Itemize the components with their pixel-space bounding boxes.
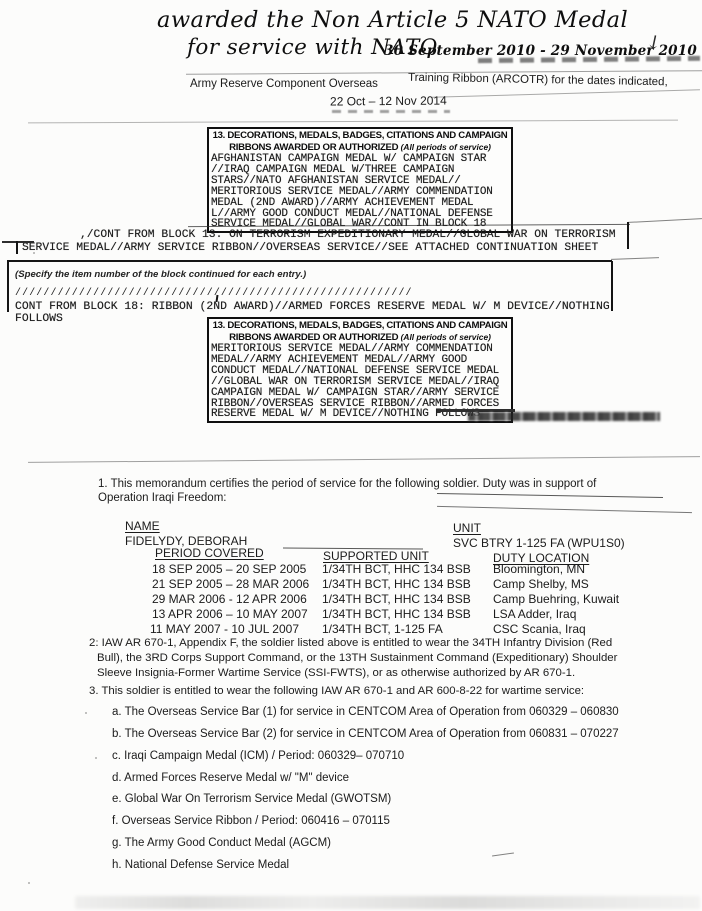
award-item-a: a. The Overseas Service Bar (1) for serv… [112, 706, 619, 718]
para2-line3: Sleeve Insignia-Former Wartime Service (… [97, 667, 575, 679]
table-row: 1/34TH BCT, 1-125 FA [322, 622, 443, 636]
table-row: 11 MAY 2007 - 10 JUL 2007 [150, 622, 299, 636]
scan-vertical-rule [611, 261, 613, 311]
award-item-b: b. The Overseas Service Bar (2) for serv… [112, 728, 619, 740]
award-item-g: g. The Army Good Conduct Medal (AGCM) [112, 837, 331, 849]
scan-speck [28, 882, 30, 884]
table-row: Bloomington, MN [493, 562, 585, 576]
block13-decorations-box-1: 13. DECORATIONS, MEDALS, BADGES, CITATIO… [207, 127, 513, 233]
scan-speck [33, 252, 35, 254]
arcotr-sentence-part2: Training Ribbon (ARCOTR) for the dates i… [408, 72, 668, 89]
table-header-period: PERIOD COVERED [155, 546, 264, 560]
scan-tick-mark [16, 241, 18, 254]
scan-smear-artifact [478, 56, 700, 63]
award-item-d: d. Armed Forces Reserve Medal w/ "M" dev… [112, 772, 349, 784]
scan-artifact-line [28, 120, 678, 124]
table-row: 1/34TH BCT, HHC 134 BSB [322, 577, 471, 591]
table-row: CSC Scania, Iraq [493, 622, 586, 636]
script-award-line: awarded the Non Article 5 NATO Medal [157, 7, 628, 33]
cont-block13-line1: ,/CONT FROM BLOCK 13: ON TERRORISM EXPED… [80, 229, 616, 241]
para1-line2: Operation Iraqi Freedom: [98, 492, 226, 504]
block13-title-note: (All periods of service) [401, 142, 491, 152]
award-item-f: f. Overseas Service Ribbon / Period: 060… [112, 815, 390, 827]
block13-title: 13. DECORATIONS, MEDALS, BADGES, CITATIO… [211, 321, 509, 343]
table-row: Camp Shelby, MS [493, 577, 589, 591]
block13-title: 13. DECORATIONS, MEDALS, BADGES, CITATIO… [211, 131, 509, 153]
para2-line2: Bull), the 3RD Corps Support Command, or… [97, 652, 617, 664]
para1-line1: 1. This memorandum certifies the period … [98, 478, 596, 490]
scan-artifact-line [28, 456, 700, 463]
table-row: 21 SEP 2005 – 28 MAR 2006 [152, 577, 309, 591]
arcotr-dates: 22 Oct – 12 Nov 2014 [330, 93, 447, 108]
arcotr-sentence-part1: Army Reserve Component Overseas [190, 78, 378, 90]
table-row: 1/34TH BCT, HHC 134 BSB [322, 562, 471, 576]
award-item-e: e. Global War On Terrorism Service Medal… [112, 793, 391, 805]
scan-speck [85, 712, 87, 714]
scan-artifact-line [611, 257, 659, 260]
cont-block13-line2: SERVICE MEDAL//ARMY SERVICE RIBBON//OVER… [22, 242, 598, 254]
cont-block18-line1: CONT FROM BLOCK 18: RIBBON (2ND AWARD)//… [15, 301, 612, 313]
scan-ghost-text [332, 110, 450, 113]
award-item-h: h. National Defense Service Medal [112, 859, 289, 871]
table-row: 1/34TH BCT, HHC 134 BSB [322, 592, 471, 606]
scan-artifact-line [437, 506, 692, 513]
block13-body-text: AFGHANISTAN CAMPAIGN MEDAL W/ CAMPAIGN S… [211, 154, 509, 230]
scan-tick-mark [2, 241, 34, 243]
specify-slashes: ////////////////////////////////////////… [15, 288, 413, 299]
scan-artifact-line [628, 218, 702, 223]
unit-label: UNIT [453, 521, 481, 535]
table-row: LSA Adder, Iraq [493, 607, 576, 621]
scan-bottom-smudge [75, 896, 700, 909]
scanned-memorandum-page: awarded the Non Article 5 NATO Medal for… [0, 0, 702, 911]
scan-artifact-line [437, 493, 663, 498]
block13-decorations-box-2: 13. DECORATIONS, MEDALS, BADGES, CITATIO… [207, 317, 513, 423]
table-row: 13 APR 2006 – 10 MAY 2007 [152, 607, 308, 621]
table-header-supported-unit: SUPPORTED UNIT [323, 549, 429, 563]
scan-speck [96, 640, 98, 642]
block13-title-note: (All periods of service) [401, 332, 491, 342]
unit-value: SVC BTRY 1-125 FA (WPU1S0) [453, 536, 625, 550]
name-label: NAME [125, 519, 160, 533]
block18-continuation-box: (Specify the item number of the block co… [7, 260, 612, 312]
award-item-c: c. Iraqi Campaign Medal (ICM) / Period: … [112, 750, 404, 762]
scan-smudge-artifact [468, 412, 660, 421]
table-row: 18 SEP 2005 – 20 SEP 2005 [152, 562, 306, 576]
scan-artifact-line [432, 89, 700, 97]
para3-line: 3. This soldier is entitled to wear the … [89, 685, 584, 697]
para2-line1: 2. IAW AR 670-1, Appendix F, the soldier… [89, 637, 612, 649]
table-row: Camp Buehring, Kuwait [493, 592, 619, 606]
scan-vertical-rule [627, 222, 629, 249]
table-row: 1/34TH BCT, HHC 134 BSB [322, 607, 471, 621]
specify-label: (Specify the item number of the block co… [15, 269, 306, 280]
table-row: 29 MAR 2006 - 12 APR 2006 [152, 592, 307, 606]
scan-speck [95, 757, 97, 759]
scan-artifact-line [492, 852, 514, 856]
